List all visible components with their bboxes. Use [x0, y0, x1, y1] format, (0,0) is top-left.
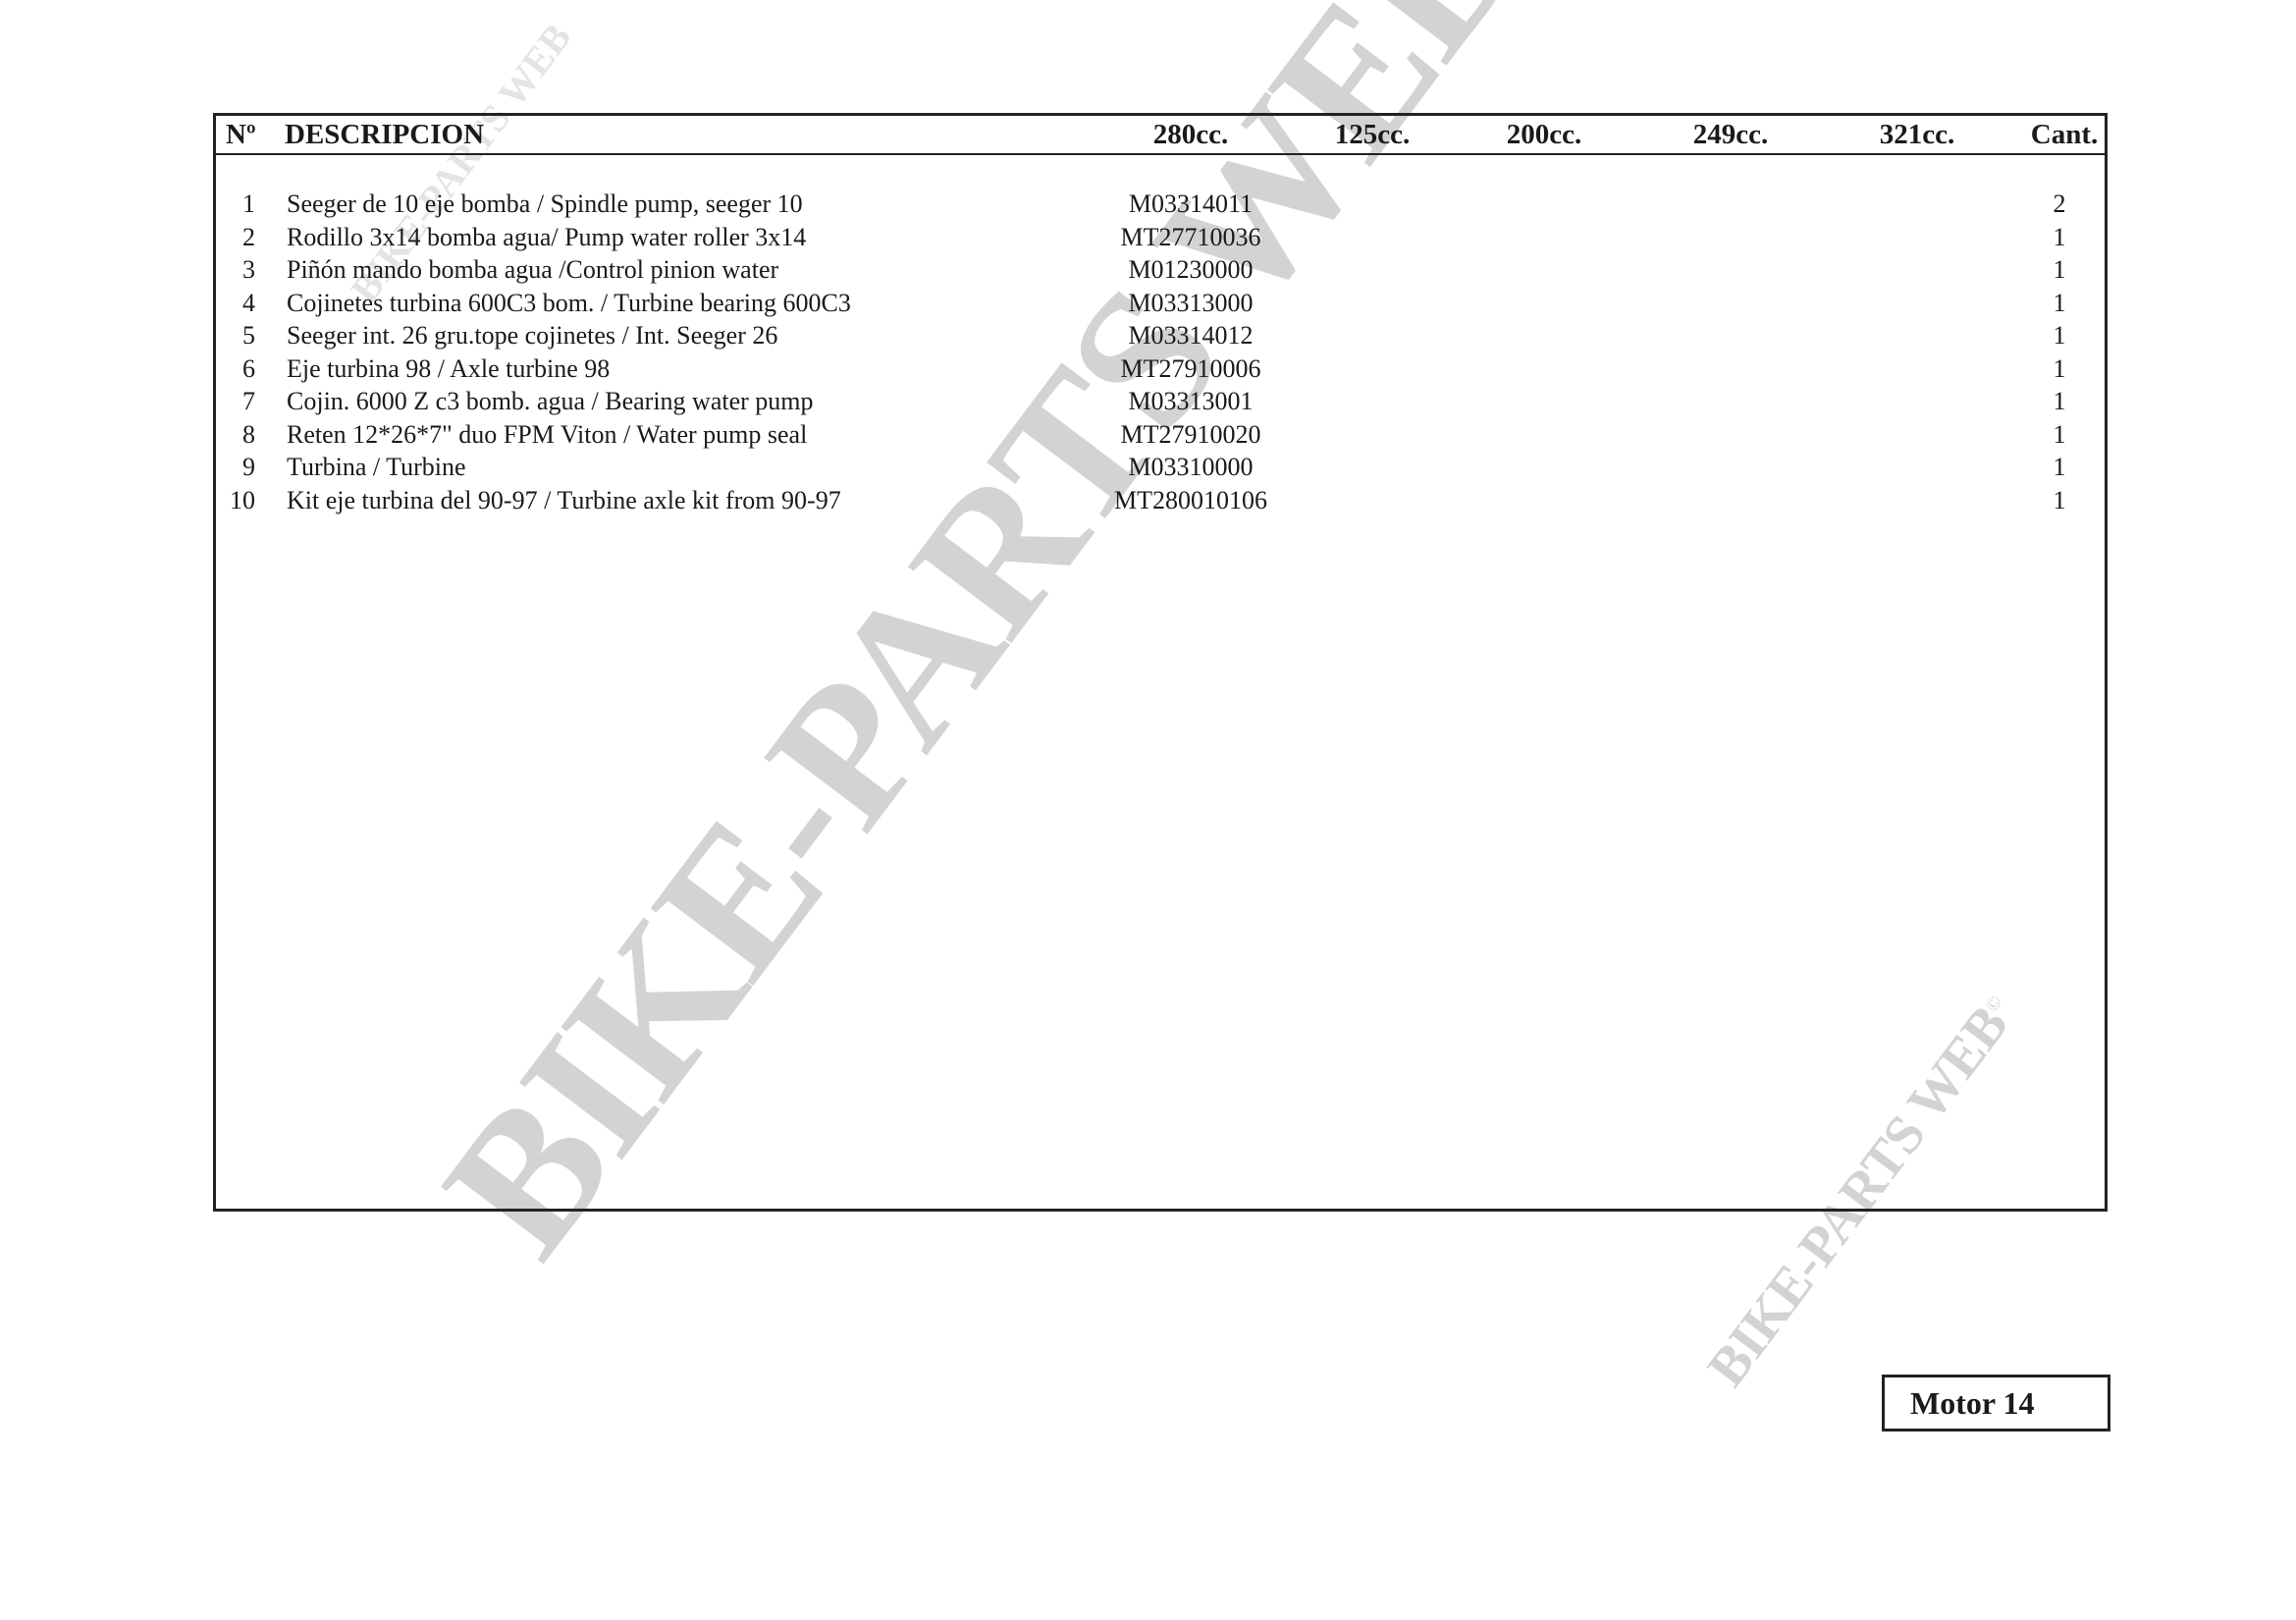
table-row: 7 Cojin. 6000 Z c3 bomb. agua / Bearing … [216, 385, 2105, 417]
row-number: 3 [216, 253, 255, 286]
row-quantity: 1 [2054, 287, 2066, 319]
row-part-280cc: M03314011 [1129, 188, 1253, 220]
row-description: Rodillo 3x14 bomba agua/ Pump water roll… [287, 221, 806, 253]
row-part-280cc: M03314012 [1128, 319, 1253, 351]
row-quantity: 1 [2054, 221, 2066, 253]
row-number: 10 [216, 484, 255, 516]
row-part-280cc: MT27910006 [1121, 352, 1261, 385]
header-125cc: 125cc. [1335, 118, 1411, 151]
table-header: Nº DESCRIPCION 280cc. 125cc. 200cc. 249c… [216, 116, 2105, 155]
row-description: Seeger de 10 eje bomba / Spindle pump, s… [287, 188, 803, 220]
row-number: 8 [216, 418, 255, 451]
row-description: Cojinetes turbina 600C3 bom. / Turbine b… [287, 287, 851, 319]
table-row: 9 Turbina / Turbine M03310000 1 [216, 451, 2105, 483]
row-quantity: 1 [2054, 319, 2066, 351]
header-qty: Cant. [2031, 118, 2098, 151]
row-number: 4 [216, 287, 255, 319]
table-row: 2 Rodillo 3x14 bomba agua/ Pump water ro… [216, 221, 2105, 253]
row-description: Kit eje turbina del 90-97 / Turbine axle… [287, 484, 841, 516]
row-quantity: 1 [2054, 418, 2066, 451]
row-part-280cc: M01230000 [1128, 253, 1253, 286]
header-321cc: 321cc. [1880, 118, 1955, 151]
row-quantity: 1 [2054, 385, 2066, 417]
table-row: 1 Seeger de 10 eje bomba / Spindle pump,… [216, 188, 2105, 220]
row-part-280cc: M03313000 [1128, 287, 1253, 319]
parts-table: Nº DESCRIPCION 280cc. 125cc. 200cc. 249c… [213, 113, 2108, 1212]
header-no: Nº [226, 118, 256, 151]
page-label: Motor 14 [1882, 1375, 2110, 1431]
table-row: 8 Reten 12*26*7" duo FPM Viton / Water p… [216, 418, 2105, 451]
row-quantity: 1 [2054, 352, 2066, 385]
row-description: Turbina / Turbine [287, 451, 466, 483]
row-description: Eje turbina 98 / Axle turbine 98 [287, 352, 610, 385]
row-number: 2 [216, 221, 255, 253]
row-number: 1 [216, 188, 255, 220]
table-row: 3 Piñón mando bomba agua /Control pinion… [216, 253, 2105, 286]
row-number: 5 [216, 319, 255, 351]
row-number: 7 [216, 385, 255, 417]
row-number: 6 [216, 352, 255, 385]
header-280cc: 280cc. [1153, 118, 1229, 151]
row-quantity: 1 [2054, 484, 2066, 516]
row-number: 9 [216, 451, 255, 483]
row-part-280cc: MT27910020 [1121, 418, 1261, 451]
table-row: 5 Seeger int. 26 gru.tope cojinetes / In… [216, 319, 2105, 351]
header-200cc: 200cc. [1507, 118, 1582, 151]
row-quantity: 2 [2054, 188, 2066, 220]
row-quantity: 1 [2054, 253, 2066, 286]
table-row: 4 Cojinetes turbina 600C3 bom. / Turbine… [216, 287, 2105, 319]
header-description: DESCRIPCION [285, 118, 484, 151]
row-description: Cojin. 6000 Z c3 bomb. agua / Bearing wa… [287, 385, 814, 417]
header-249cc: 249cc. [1693, 118, 1769, 151]
row-description: Reten 12*26*7" duo FPM Viton / Water pum… [287, 418, 807, 451]
row-part-280cc: M03313001 [1128, 385, 1253, 417]
table-row: 6 Eje turbina 98 / Axle turbine 98 MT279… [216, 352, 2105, 385]
row-part-280cc: MT280010106 [1114, 484, 1267, 516]
row-description: Piñón mando bomba agua /Control pinion w… [287, 253, 778, 286]
table-row: 10 Kit eje turbina del 90-97 / Turbine a… [216, 484, 2105, 516]
row-description: Seeger int. 26 gru.tope cojinetes / Int.… [287, 319, 777, 351]
row-part-280cc: MT27710036 [1121, 221, 1261, 253]
row-quantity: 1 [2054, 451, 2066, 483]
row-part-280cc: M03310000 [1128, 451, 1253, 483]
